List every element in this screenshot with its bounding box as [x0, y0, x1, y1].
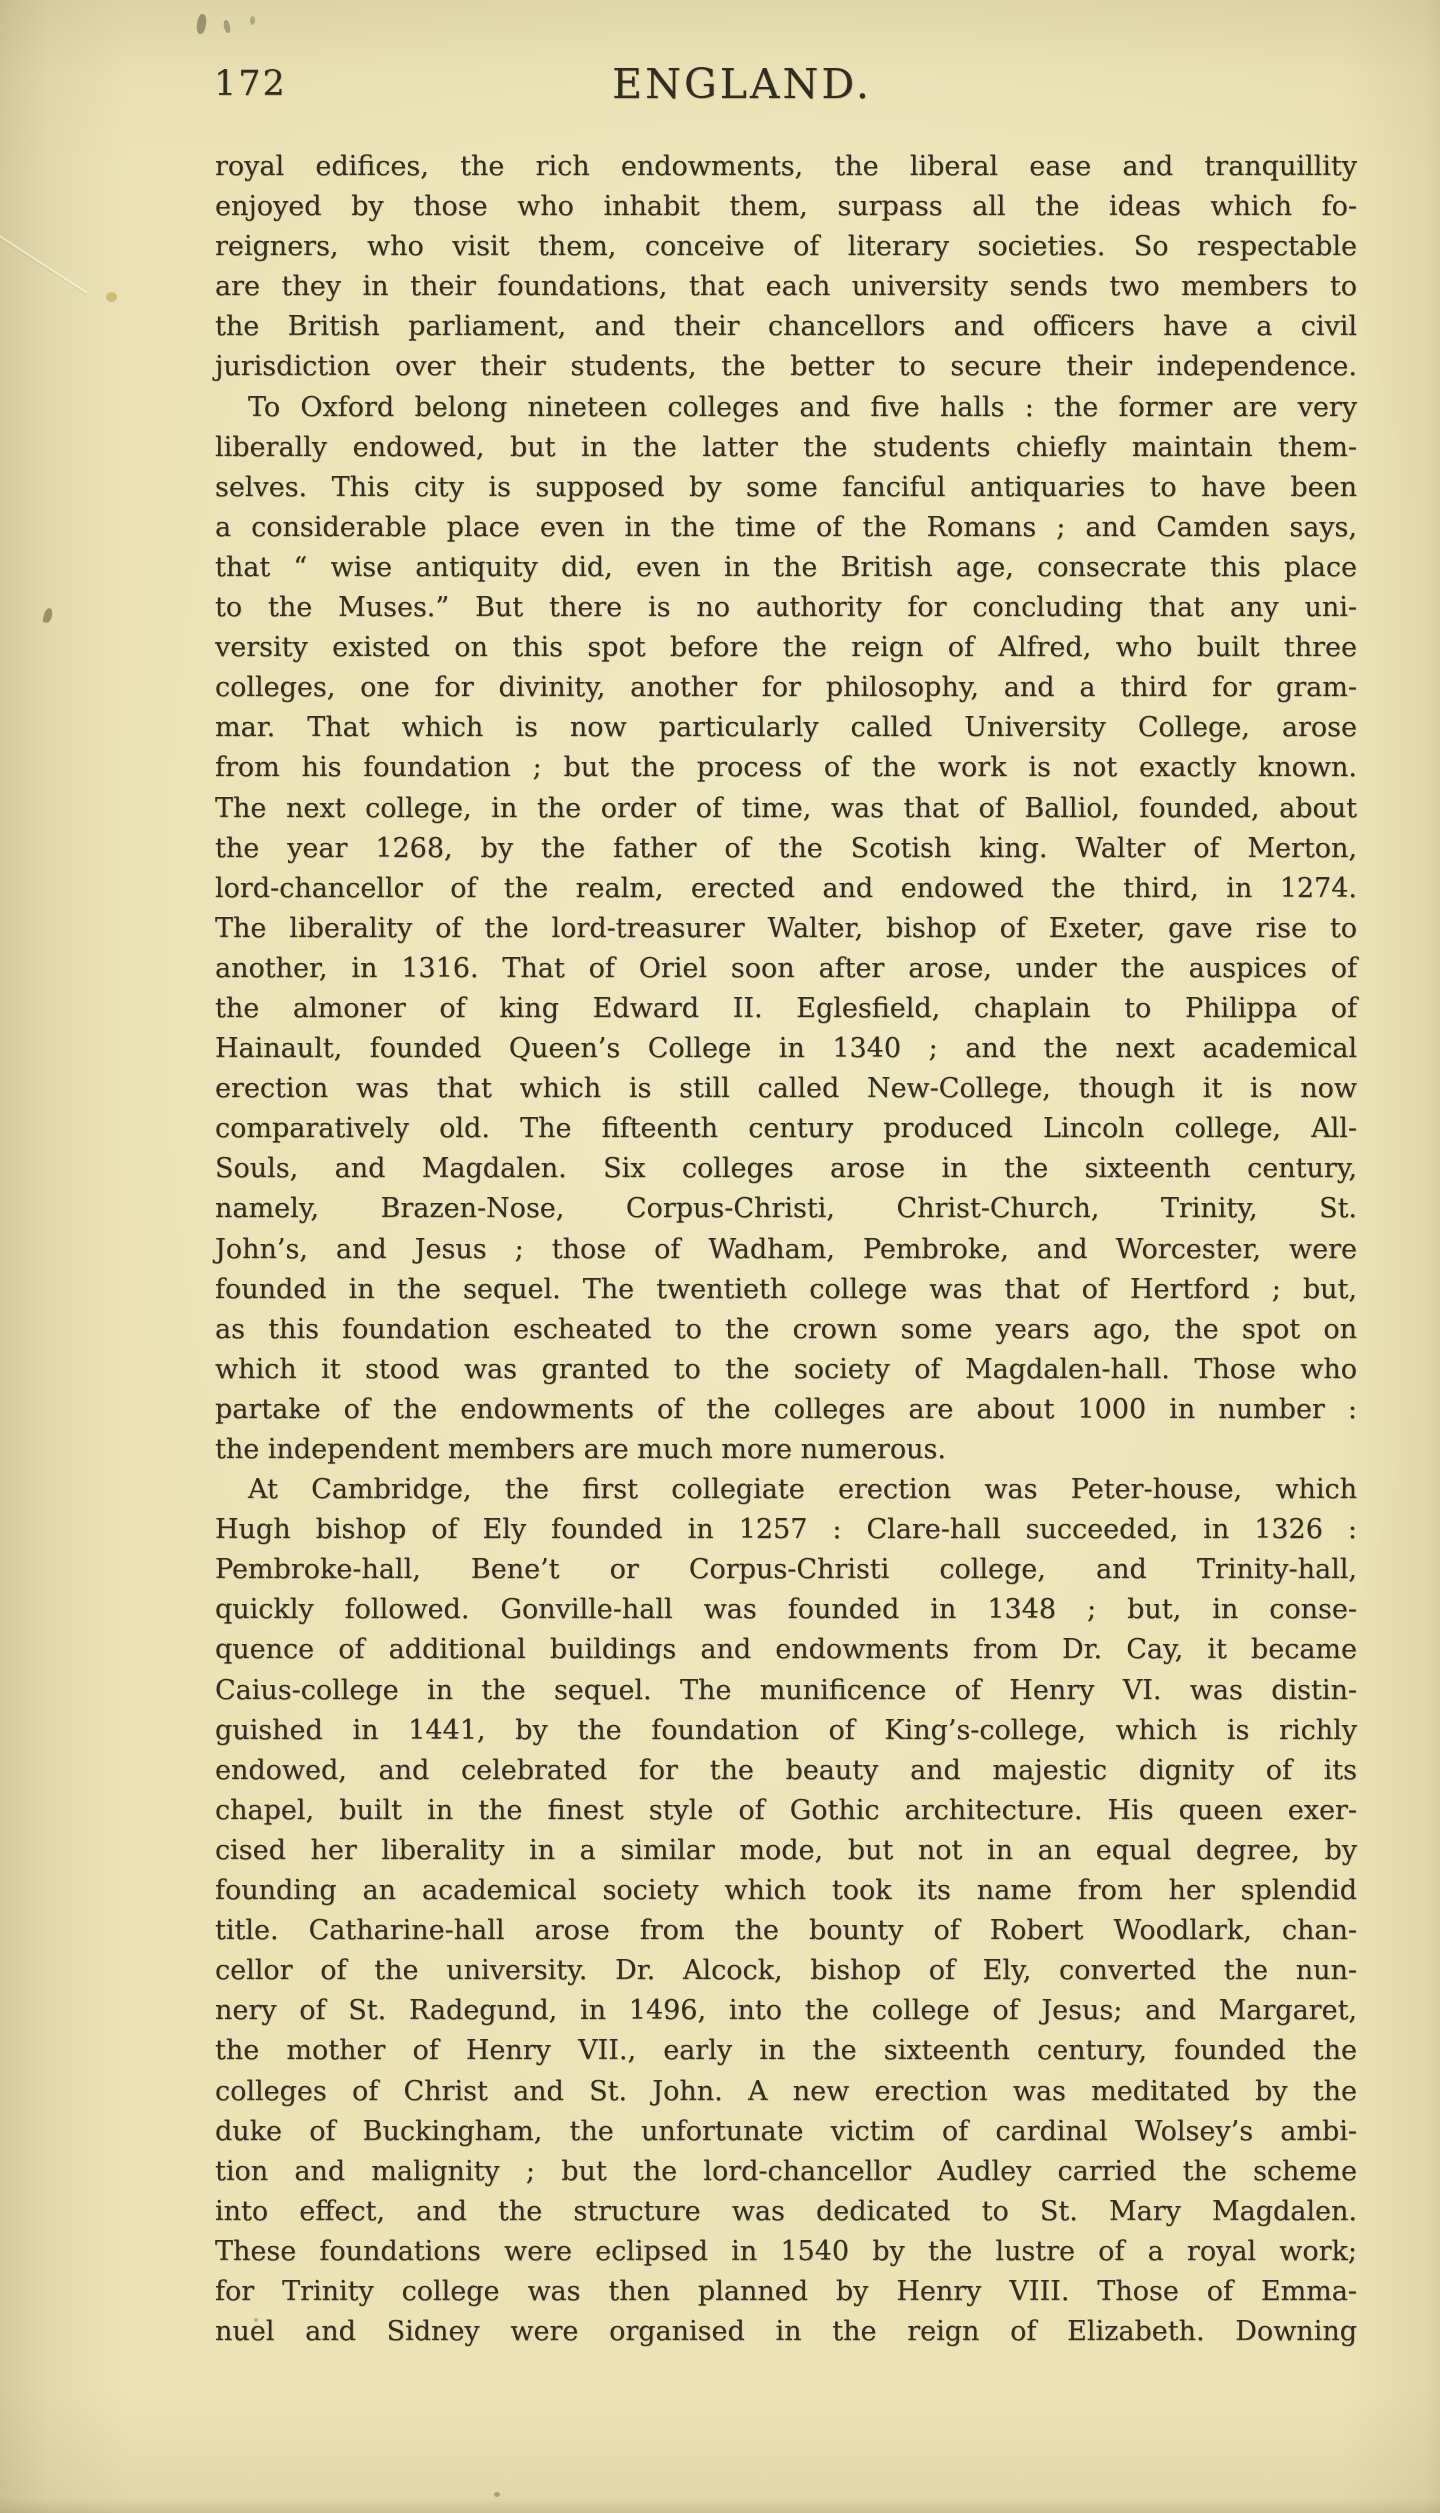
text-line: erection was that which is still called … — [215, 1069, 1357, 1109]
text-line: nuel and Sidney were organised in the re… — [215, 2312, 1357, 2352]
text-line: cised her liberality in a similar mode, … — [215, 1831, 1357, 1871]
text-line: are they in their foundations, that each… — [215, 267, 1357, 307]
text-line: liberally endowed, but in the latter the… — [215, 428, 1357, 468]
text-line: to the Muses.” But there is no authority… — [215, 588, 1357, 628]
text-line: endowed, and celebrated for the beauty a… — [215, 1751, 1357, 1791]
paper-crease — [0, 232, 88, 294]
text-line: a considerable place even in the time of… — [215, 508, 1357, 548]
page-number: 172 — [214, 64, 287, 104]
text-line: versity existed on this spot before the … — [215, 628, 1357, 668]
text-line: royal edifices, the rich endowments, the… — [215, 147, 1357, 187]
paper-stain — [106, 292, 117, 302]
text-line: namely, Brazen-Nose, Corpus-Christi, Chr… — [215, 1189, 1357, 1229]
text-line: which it stood was granted to the societ… — [215, 1350, 1357, 1390]
text-line: enjoyed by those who inhabit them, surpa… — [215, 187, 1357, 227]
text-line: partake of the endowments of the college… — [215, 1390, 1357, 1430]
text-line: Pembroke-hall, Bene’t or Corpus-Christi … — [215, 1550, 1357, 1590]
ink-speck — [494, 2492, 500, 2497]
running-title: ENGLAND. — [612, 60, 872, 108]
text-line: colleges, one for divinity, another for … — [215, 668, 1357, 708]
text-line: chapel, built in the finest style of Got… — [215, 1791, 1357, 1831]
text-line: Souls, and Magdalen. Six colleges arose … — [215, 1149, 1357, 1189]
text-line: jurisdiction over their students, the be… — [215, 347, 1357, 387]
text-line: from his foundation ; but the process of… — [215, 748, 1357, 788]
text-line: To Oxford belong nineteen colleges and f… — [215, 388, 1357, 428]
text-line: the British parliament, and their chance… — [215, 307, 1357, 347]
text-column: royal edifices, the rich endowments, the… — [215, 147, 1357, 2352]
text-line: Caius-college in the sequel. The munific… — [215, 1671, 1357, 1711]
ink-speck — [42, 607, 53, 623]
text-line: At Cambridge, the first collegiate erect… — [215, 1470, 1357, 1510]
text-line: into effect, and the structure was dedic… — [215, 2192, 1357, 2232]
text-line: comparatively old. The fifteenth century… — [215, 1109, 1357, 1149]
text-line: the almoner of king Edward II. Eglesfiel… — [215, 989, 1357, 1029]
book-page-scan: 172 ENGLAND. royal edifices, the rich en… — [0, 0, 1440, 2513]
text-line: guished in 1441, by the foundation of Ki… — [215, 1711, 1357, 1751]
text-line: duke of Buckingham, the unfortunate vict… — [215, 2112, 1357, 2152]
text-line: Hainault, founded Queen’s College in 134… — [215, 1029, 1357, 1069]
text-line: the mother of Henry VII., early in the s… — [215, 2031, 1357, 2071]
text-line: the year 1268, by the father of the Scot… — [215, 829, 1357, 869]
text-line: founded in the sequel. The twentieth col… — [215, 1270, 1357, 1310]
text-line: reigners, who visit them, conceive of li… — [215, 227, 1357, 267]
text-line: for Trinity college was then planned by … — [215, 2272, 1357, 2312]
text-line: as this foundation escheated to the crow… — [215, 1310, 1357, 1350]
text-line: The liberality of the lord-treasurer Wal… — [215, 909, 1357, 949]
text-line: nery of St. Radegund, in 1496, into the … — [215, 1991, 1357, 2031]
text-line: John’s, and Jesus ; those of Wadham, Pem… — [215, 1230, 1357, 1270]
text-line: founding an academical society which too… — [215, 1871, 1357, 1911]
text-line: another, in 1316. That of Oriel soon aft… — [215, 949, 1357, 989]
text-line: quickly followed. Gonville-hall was foun… — [215, 1590, 1357, 1630]
text-line: the independent members are much more nu… — [215, 1430, 1357, 1470]
page-header: 172 ENGLAND. — [0, 0, 1440, 130]
text-line: tion and malignity ; but the lord-chance… — [215, 2152, 1357, 2192]
text-line: title. Catharine-hall arose from the bou… — [215, 1911, 1357, 1951]
text-line: quence of additional buildings and endow… — [215, 1630, 1357, 1670]
text-line: The next college, in the order of time, … — [215, 789, 1357, 829]
text-line: colleges of Christ and St. John. A new e… — [215, 2072, 1357, 2112]
text-line: selves. This city is supposed by some fa… — [215, 468, 1357, 508]
text-line: that “ wise antiquity did, even in the B… — [215, 548, 1357, 588]
text-line: Hugh bishop of Ely founded in 1257 : Cla… — [215, 1510, 1357, 1550]
text-line: These foundations were eclipsed in 1540 … — [215, 2232, 1357, 2272]
text-line: lord-chancellor of the realm, erected an… — [215, 869, 1357, 909]
text-line: mar. That which is now particularly call… — [215, 708, 1357, 748]
text-line: cellor of the university. Dr. Alcock, bi… — [215, 1951, 1357, 1991]
